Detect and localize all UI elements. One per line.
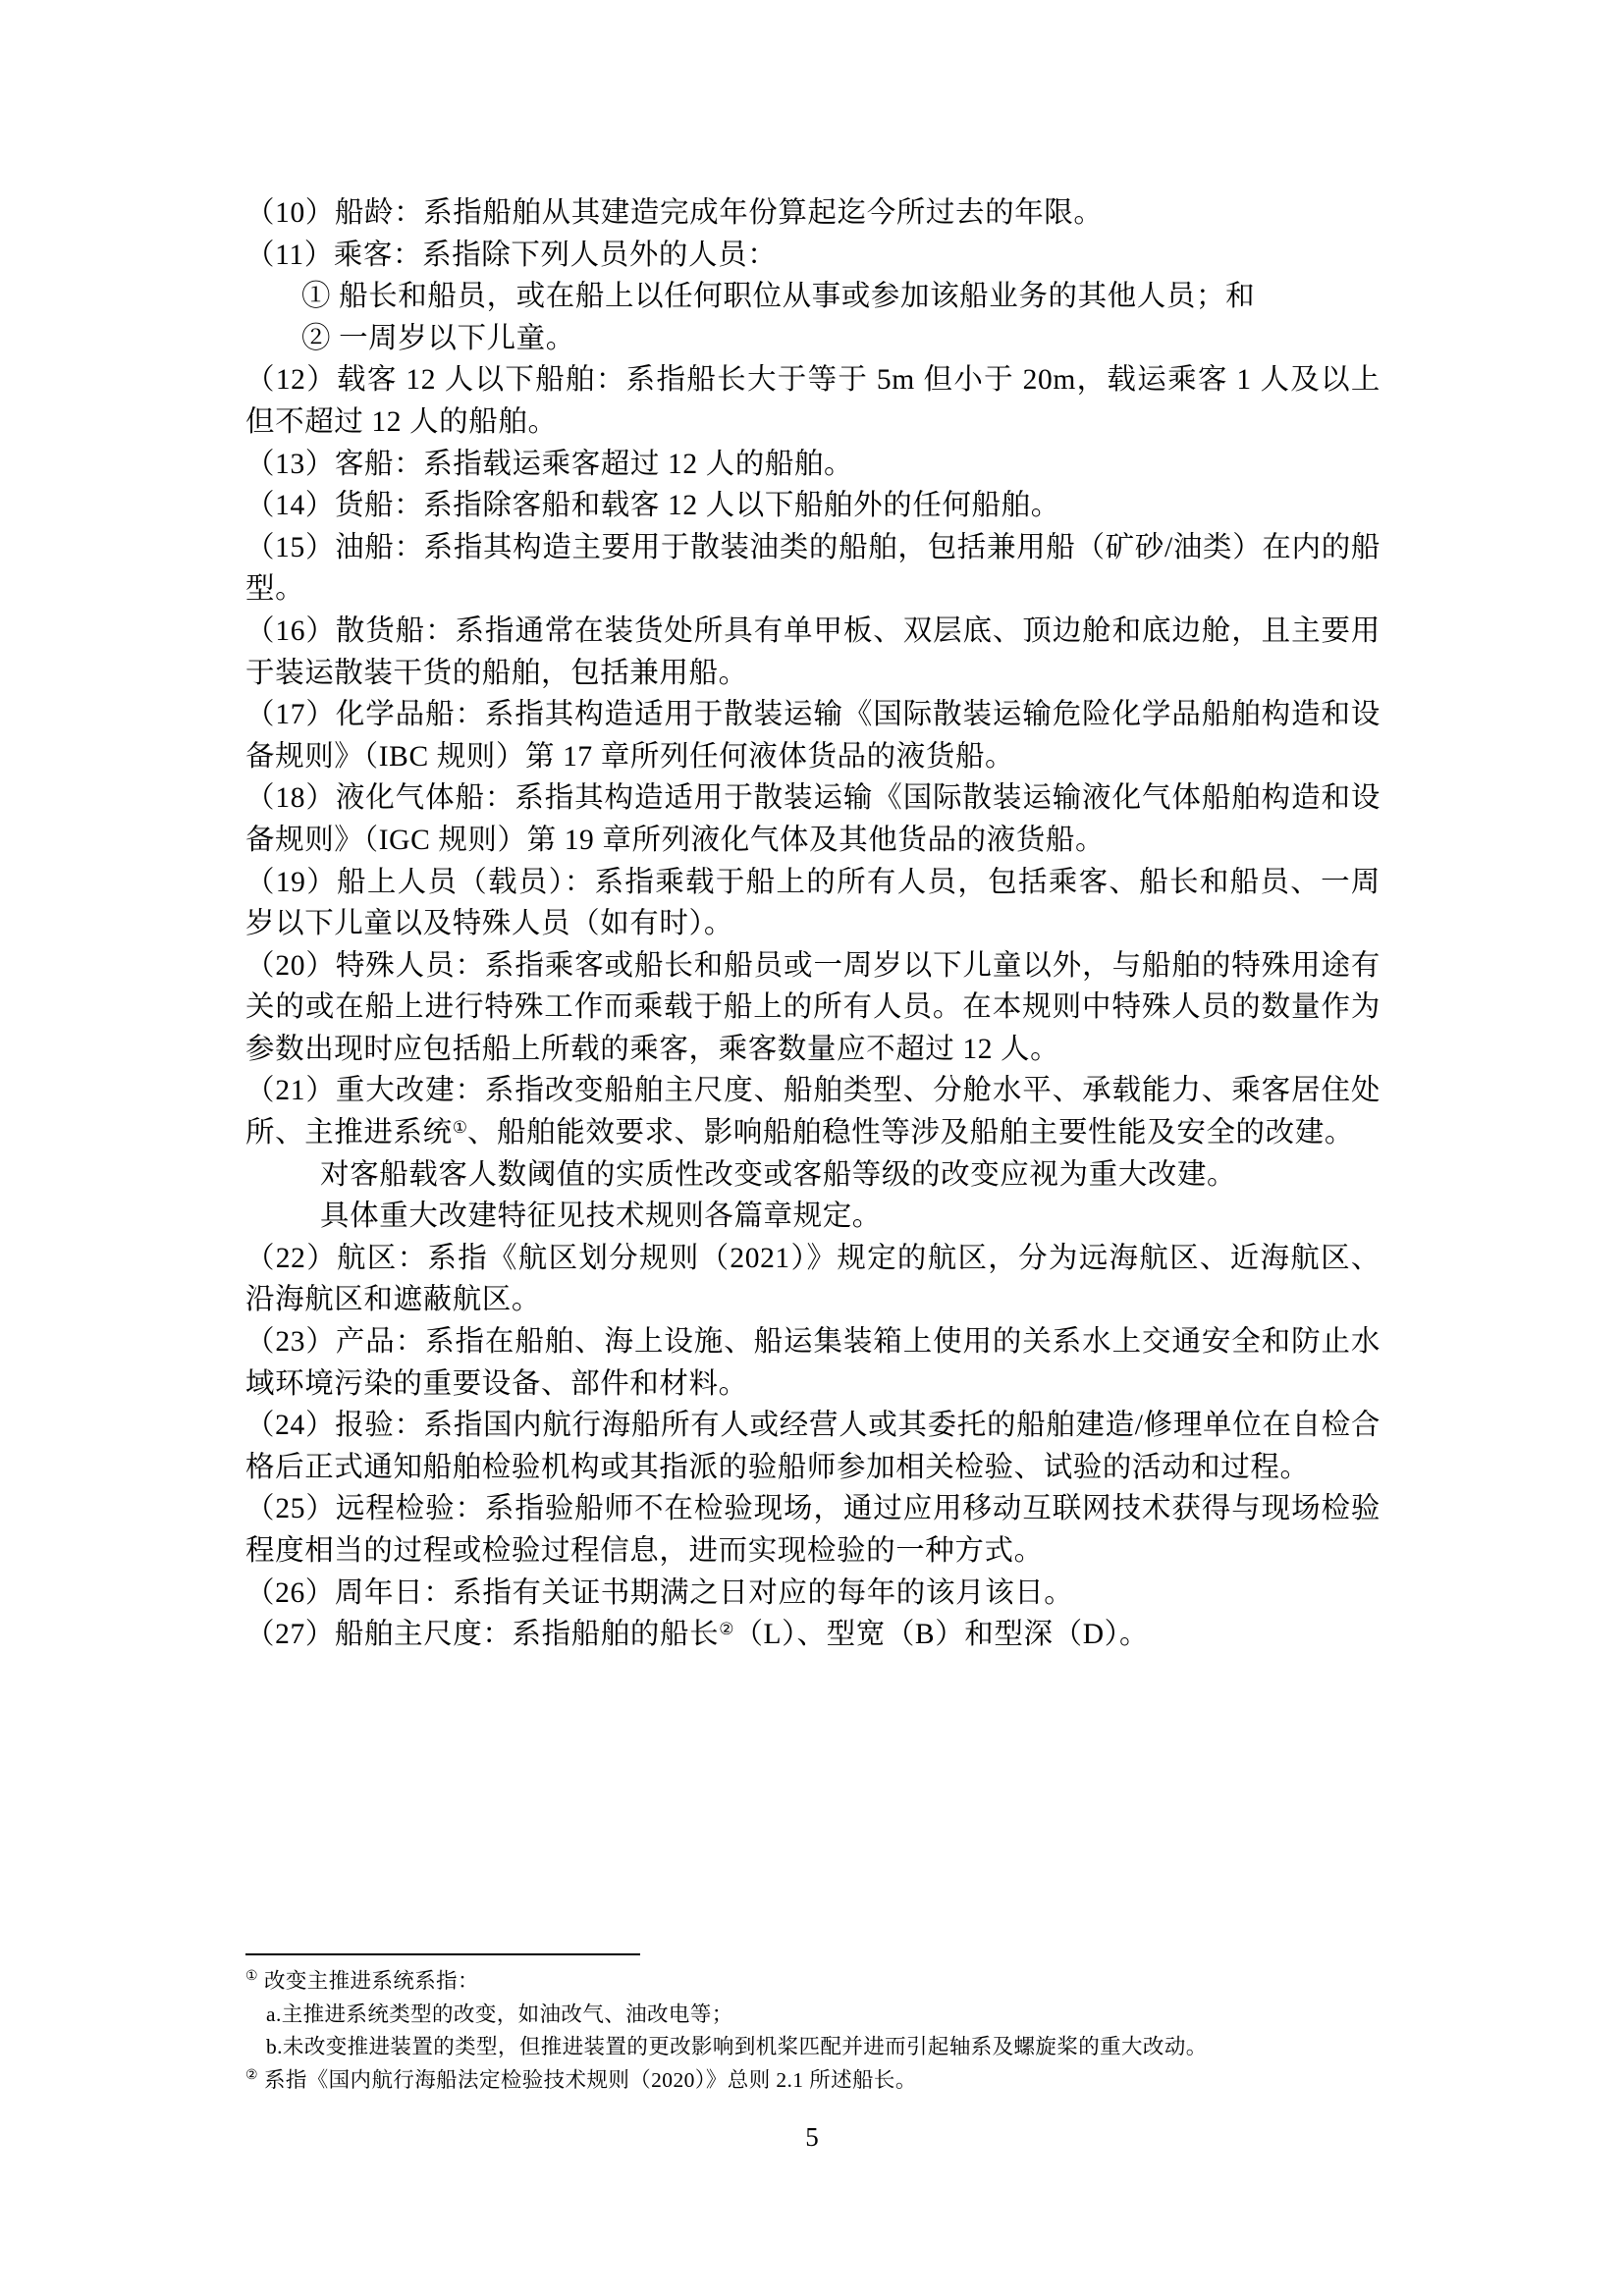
definition-note-line: 具体重大改建特征见技术规则各篇章规定。	[245, 1196, 1380, 1238]
definition-item: （19）船上人员（载员）：系指乘载于船上的所有人员，包括乘客、船长和船员、一周岁…	[245, 862, 1380, 945]
footnote-subline: b.未改变推进装置的类型，但推进装置的更改影响到机桨匹配并进而引起轴系及螺旋桨的…	[245, 2031, 1424, 2064]
definition-subitem: ② 一周岁以下儿童。	[245, 318, 1380, 360]
definition-subitem: ① 船长和船员，或在船上以任何职位从事或参加该船业务的其他人员；和	[245, 276, 1380, 318]
footnote-marker: ②	[245, 2068, 258, 2083]
definition-item: （15）油船：系指其构造主要用于散装油类的船舶，包括兼用船（矿砂/油类）在内的船…	[245, 527, 1380, 611]
page-number: 5	[0, 2122, 1624, 2152]
definition-item: （13）客船：系指载运乘客超过 12 人的船舶。	[245, 444, 1380, 486]
definition-item: （10）船龄：系指船舶从其建造完成年份算起迄今所过去的年限。	[245, 192, 1380, 235]
definition-item: （22）航区：系指《航区划分规则（2021）》规定的航区，分为远海航区、近海航区…	[245, 1238, 1380, 1321]
document-page: （10）船龄：系指船舶从其建造完成年份算起迄今所过去的年限。（11）乘客：系指除…	[0, 0, 1624, 2296]
definition-item: （11）乘客：系指除下列人员外的人员：	[245, 235, 1380, 277]
definition-item: （23）产品：系指在船舶、海上设施、船运集装箱上使用的关系水上交通安全和防止水域…	[245, 1321, 1380, 1405]
footnote-subline: a.主推进系统类型的改变，如油改气、油改电等；	[245, 1999, 1424, 2032]
definition-item: （27）船舶主尺度：系指船舶的船长②（L）、型宽（B）和型深（D）。	[245, 1614, 1380, 1656]
footnote-separator	[245, 1953, 640, 1955]
definition-item: （20）特殊人员：系指乘客或船长和船员或一周岁以下儿童以外，与船舶的特殊用途有关…	[245, 945, 1380, 1071]
definition-note-line: 对客船载客人数阈值的实质性改变或客船等级的改变应视为重大改建。	[245, 1154, 1380, 1197]
footnote-reference-mark: ②	[719, 1620, 733, 1638]
footnote-reference-mark: ①	[453, 1118, 467, 1137]
definition-item: （14）货船：系指除客船和载客 12 人以下船舶外的任何船舶。	[245, 485, 1380, 527]
document-body: （10）船龄：系指船舶从其建造完成年份算起迄今所过去的年限。（11）乘客：系指除…	[245, 192, 1380, 1656]
definition-item: （24）报验：系指国内航行海船所有人或经营人或其委托的船舶建造/修理单位在自检合…	[245, 1405, 1380, 1488]
definition-item: （17）化学品船：系指其构造适用于散装运输《国际散装运输危险化学品船舶构造和设备…	[245, 694, 1380, 777]
definition-item: （25）远程检验：系指验船师不在检验现场，通过应用移动互联网技术获得与现场检验程…	[245, 1488, 1380, 1572]
definition-item: （26）周年日：系指有关证书期满之日对应的每年的该月该日。	[245, 1573, 1380, 1615]
definition-item: （21）重大改建：系指改变船舶主尺度、船舶类型、分舱水平、承载能力、乘客居住处所…	[245, 1070, 1380, 1153]
definition-item: （18）液化气体船：系指其构造适用于散装运输《国际散装运输液化气体船舶构造和设备…	[245, 777, 1380, 861]
definition-item: （12）载客 12 人以下船舶：系指船长大于等于 5m 但小于 20m，载运乘客…	[245, 359, 1380, 443]
footnotes-section: ①改变主推进系统系指：a.主推进系统类型的改变，如油改气、油改电等；b.未改变推…	[245, 1965, 1424, 2097]
footnote-marker: ①	[245, 1969, 258, 1984]
definition-item: （16）散货船：系指通常在装货处所具有单甲板、双层底、顶边舱和底边舱，且主要用于…	[245, 611, 1380, 694]
footnote: ①改变主推进系统系指：	[245, 1965, 1424, 1999]
footnote: ②系指《国内航行海船法定检验技术规则（2020）》总则 2.1 所述船长。	[245, 2064, 1424, 2098]
